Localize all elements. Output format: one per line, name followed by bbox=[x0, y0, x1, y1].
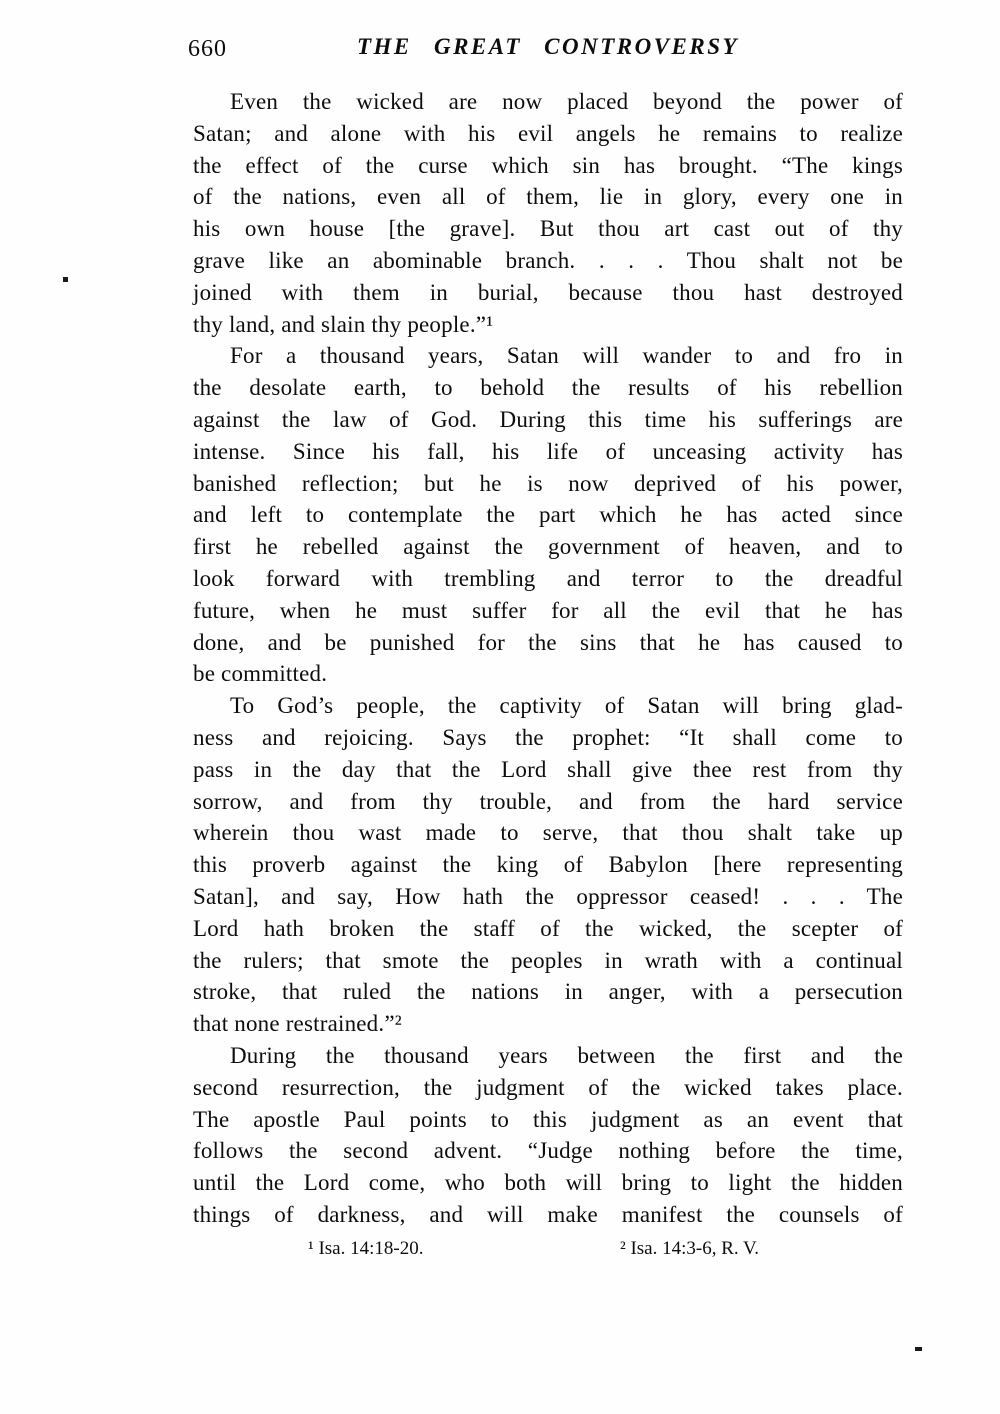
text-line: To God’s people, the captivity of Satan … bbox=[193, 690, 903, 722]
text-line: Satan], and say, How hath the oppressor … bbox=[193, 881, 903, 913]
scan-artifact bbox=[63, 277, 68, 282]
text-line: ness and rejoicing. Says the prophet: “I… bbox=[193, 722, 903, 754]
running-head: 660 THE GREAT CONTROVERSY bbox=[193, 34, 903, 64]
scan-artifact bbox=[915, 1347, 922, 1351]
text-line: stroke, that ruled the nations in anger,… bbox=[193, 976, 903, 1008]
footnote-row: ¹ Isa. 14:18-20. ² Isa. 14:3-6, R. V. bbox=[193, 1238, 903, 1266]
text-line: things of darkness, and will make manife… bbox=[193, 1199, 903, 1231]
text-line: thy land, and slain thy people.”¹ bbox=[193, 309, 903, 341]
text-line: pass in the day that the Lord shall give… bbox=[193, 754, 903, 786]
running-title: THE GREAT CONTROVERSY bbox=[193, 34, 903, 60]
text-line: joined with them in burial, because thou… bbox=[193, 277, 903, 309]
footnote-1: ¹ Isa. 14:18-20. bbox=[308, 1238, 423, 1260]
text-line: intense. Since his fall, his life of unc… bbox=[193, 436, 903, 468]
text-line: grave like an abominable branch. . . . T… bbox=[193, 245, 903, 277]
text-line: follows the second advent. “Judge nothin… bbox=[193, 1135, 903, 1167]
text-line: For a thousand years, Satan will wander … bbox=[193, 340, 903, 372]
text-line: until the Lord come, who both will bring… bbox=[193, 1167, 903, 1199]
text-line: Lord hath broken the staff of the wicked… bbox=[193, 913, 903, 945]
text-line: future, when he must suffer for all the … bbox=[193, 595, 903, 627]
paragraph: Even the wicked are now placed beyond th… bbox=[193, 86, 903, 340]
text-line: against the law of God. During this time… bbox=[193, 404, 903, 436]
text-line: banished reflection; but he is now depri… bbox=[193, 468, 903, 500]
text-line: be committed. bbox=[193, 658, 903, 690]
paragraph: During the thousand years between the fi… bbox=[193, 1040, 903, 1231]
text-line: During the thousand years between the fi… bbox=[193, 1040, 903, 1072]
text-line: the rulers; that smote the peoples in wr… bbox=[193, 945, 903, 977]
text-line: The apostle Paul points to this judgment… bbox=[193, 1104, 903, 1136]
paragraph: To God’s people, the captivity of Satan … bbox=[193, 690, 903, 1040]
text-line: sorrow, and from thy trouble, and from t… bbox=[193, 786, 903, 818]
text-line: done, and be punished for the sins that … bbox=[193, 627, 903, 659]
text-line: this proverb against the king of Babylon… bbox=[193, 849, 903, 881]
text-line: first he rebelled against the government… bbox=[193, 531, 903, 563]
text-line: wherein thou wast made to serve, that th… bbox=[193, 817, 903, 849]
text-line: Satan; and alone with his evil angels he… bbox=[193, 118, 903, 150]
footnote-2: ² Isa. 14:3-6, R. V. bbox=[620, 1238, 759, 1260]
text-line: his own house [the grave]. But thou art … bbox=[193, 213, 903, 245]
page-number: 660 bbox=[188, 36, 227, 63]
book-page: 660 THE GREAT CONTROVERSY Even the wicke… bbox=[0, 0, 1000, 1414]
text-body: Even the wicked are now placed beyond th… bbox=[193, 86, 903, 1231]
text-line: that none restrained.”² bbox=[193, 1008, 903, 1040]
text-line: Even the wicked are now placed beyond th… bbox=[193, 86, 903, 118]
text-line: second resurrection, the judgment of the… bbox=[193, 1072, 903, 1104]
text-line: and left to contemplate the part which h… bbox=[193, 499, 903, 531]
text-line: the desolate earth, to behold the result… bbox=[193, 372, 903, 404]
paragraph: For a thousand years, Satan will wander … bbox=[193, 340, 903, 690]
text-line: of the nations, even all of them, lie in… bbox=[193, 181, 903, 213]
text-line: look forward with trembling and terror t… bbox=[193, 563, 903, 595]
text-line: the effect of the curse which sin has br… bbox=[193, 150, 903, 182]
